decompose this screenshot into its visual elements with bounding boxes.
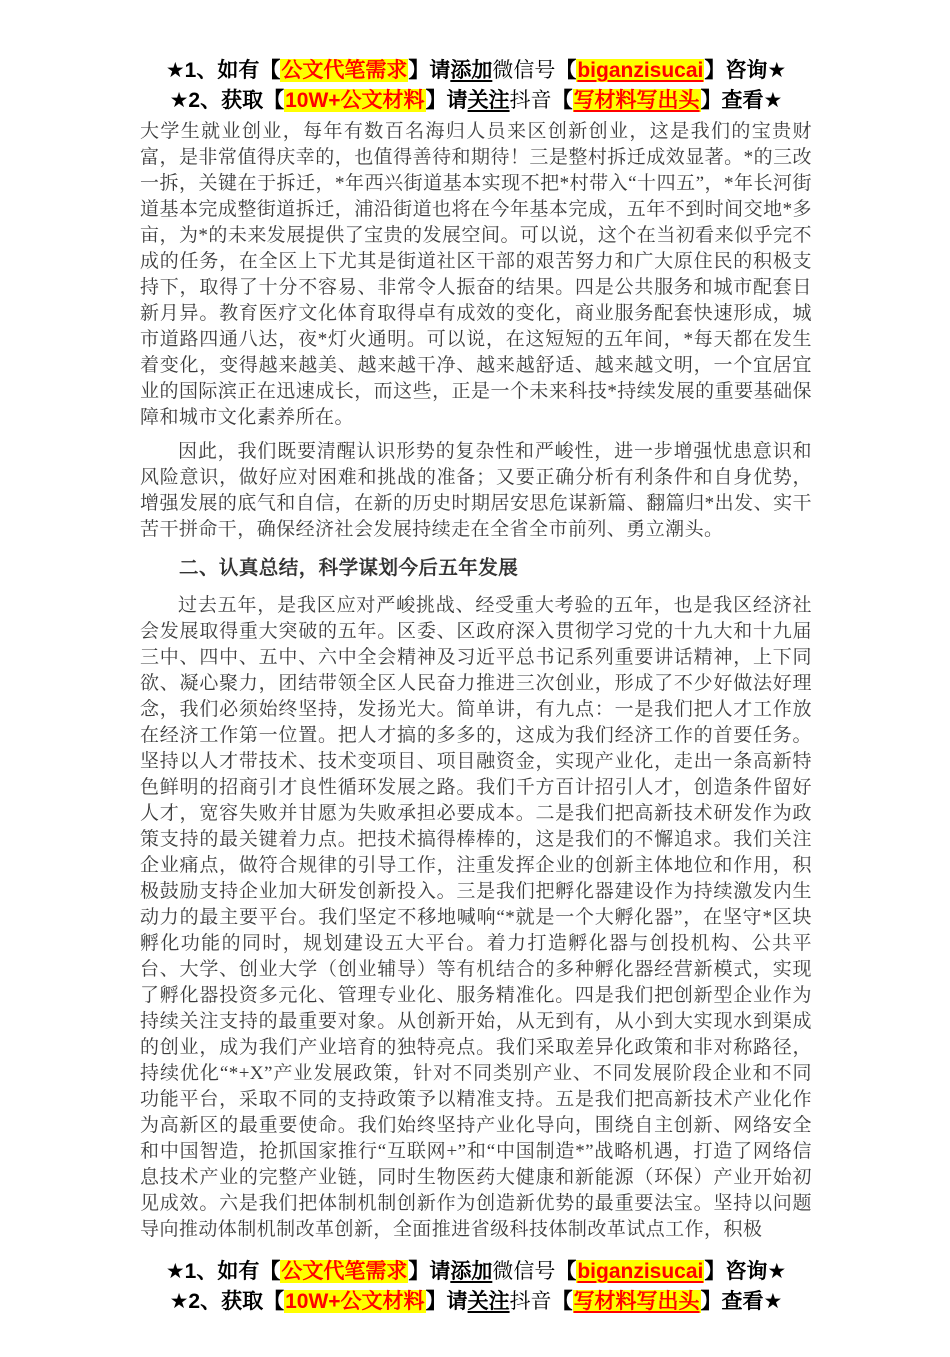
banner-segment-bold-underline: 关注 (468, 89, 510, 112)
banner-segment-bold: ★1、如有【 (166, 1260, 281, 1283)
banner-segment-bold-underline: 添加 (450, 59, 492, 82)
banner-segment-bold: 】请 (408, 59, 450, 82)
promo-banner-line-2: ★2、获取【10W+公文材料】请关注抖音【写材料写出头】查看★ (80, 1287, 872, 1317)
banner-segment-bold: 】咨询★ (704, 1260, 786, 1283)
banner-segment-bold: ★1、如有【 (166, 59, 281, 82)
body-paragraph: 大学生就业创业，每年有数百名海归人员来区创新创业，这是我们的宝贵财富，是非常值得… (140, 119, 812, 431)
banner-segment-bold: 】请 (426, 89, 468, 112)
banner-segment-regular: 抖音 (510, 1290, 552, 1313)
document-page: ★1、如有【公文代笔需求】请添加微信号【biganzisucai】咨询★ ★2、… (0, 0, 950, 1357)
banner-segment-bold: ★2、获取【 (170, 89, 285, 112)
promo-banner-line-1: ★1、如有【公文代笔需求】请添加微信号【biganzisucai】咨询★ (80, 56, 872, 86)
banner-segment-bold: 【 (555, 59, 576, 82)
promo-banner-bottom: ★1、如有【公文代笔需求】请添加微信号【biganzisucai】咨询★ ★2、… (80, 1257, 872, 1317)
banner-segment-red-highlight-underline: 写材料写出头 (573, 89, 701, 112)
banner-segment-red-highlight: 公文代笔需求 (280, 1260, 408, 1283)
banner-segment-red-highlight: 10W+公文材料 (284, 1290, 425, 1313)
banner-segment-regular: 微信号 (492, 59, 555, 82)
banner-segment-bold: 】查看★ (701, 1290, 783, 1313)
banner-segment-red-highlight-underline: biganzisucai (576, 1260, 704, 1283)
banner-segment-bold: 】查看★ (701, 89, 783, 112)
banner-segment-bold: 】请 (426, 1290, 468, 1313)
banner-segment-bold: 【 (552, 89, 573, 112)
banner-segment-red-highlight-underline: biganzisucai (576, 59, 704, 82)
banner-segment-red-highlight: 10W+公文材料 (284, 89, 425, 112)
banner-segment-bold: 【 (552, 1290, 573, 1313)
banner-segment-bold: 】请 (408, 1260, 450, 1283)
banner-segment-bold-underline: 添加 (450, 1260, 492, 1283)
body-paragraph: 因此，我们既要清醒认识形势的复杂性和严峻性，进一步增强忧患意识和风险意识，做好应… (140, 439, 812, 543)
banner-segment-bold: ★2、获取【 (170, 1290, 285, 1313)
promo-banner-line-2: ★2、获取【10W+公文材料】请关注抖音【写材料写出头】查看★ (80, 86, 872, 116)
banner-segment-bold: 【 (555, 1260, 576, 1283)
banner-segment-bold-underline: 关注 (468, 1290, 510, 1313)
banner-segment-red-highlight: 公文代笔需求 (280, 59, 408, 82)
banner-segment-regular: 微信号 (492, 1260, 555, 1283)
section-heading: 二、认真总结，科学谋划今后五年发展 (140, 555, 812, 581)
banner-segment-red-highlight-underline: 写材料写出头 (573, 1290, 701, 1313)
document-body: 大学生就业创业，每年有数百名海归人员来区创新创业，这是我们的宝贵财富，是非常值得… (140, 119, 812, 1243)
banner-segment-regular: 抖音 (510, 89, 552, 112)
banner-segment-bold: 】咨询★ (704, 59, 786, 82)
body-paragraph: 过去五年，是我区应对严峻挑战、经受重大考验的五年，也是我区经济社会发展取得重大突… (140, 593, 812, 1243)
promo-banner-top: ★1、如有【公文代笔需求】请添加微信号【biganzisucai】咨询★ ★2、… (80, 56, 872, 116)
promo-banner-line-1: ★1、如有【公文代笔需求】请添加微信号【biganzisucai】咨询★ (80, 1257, 872, 1287)
